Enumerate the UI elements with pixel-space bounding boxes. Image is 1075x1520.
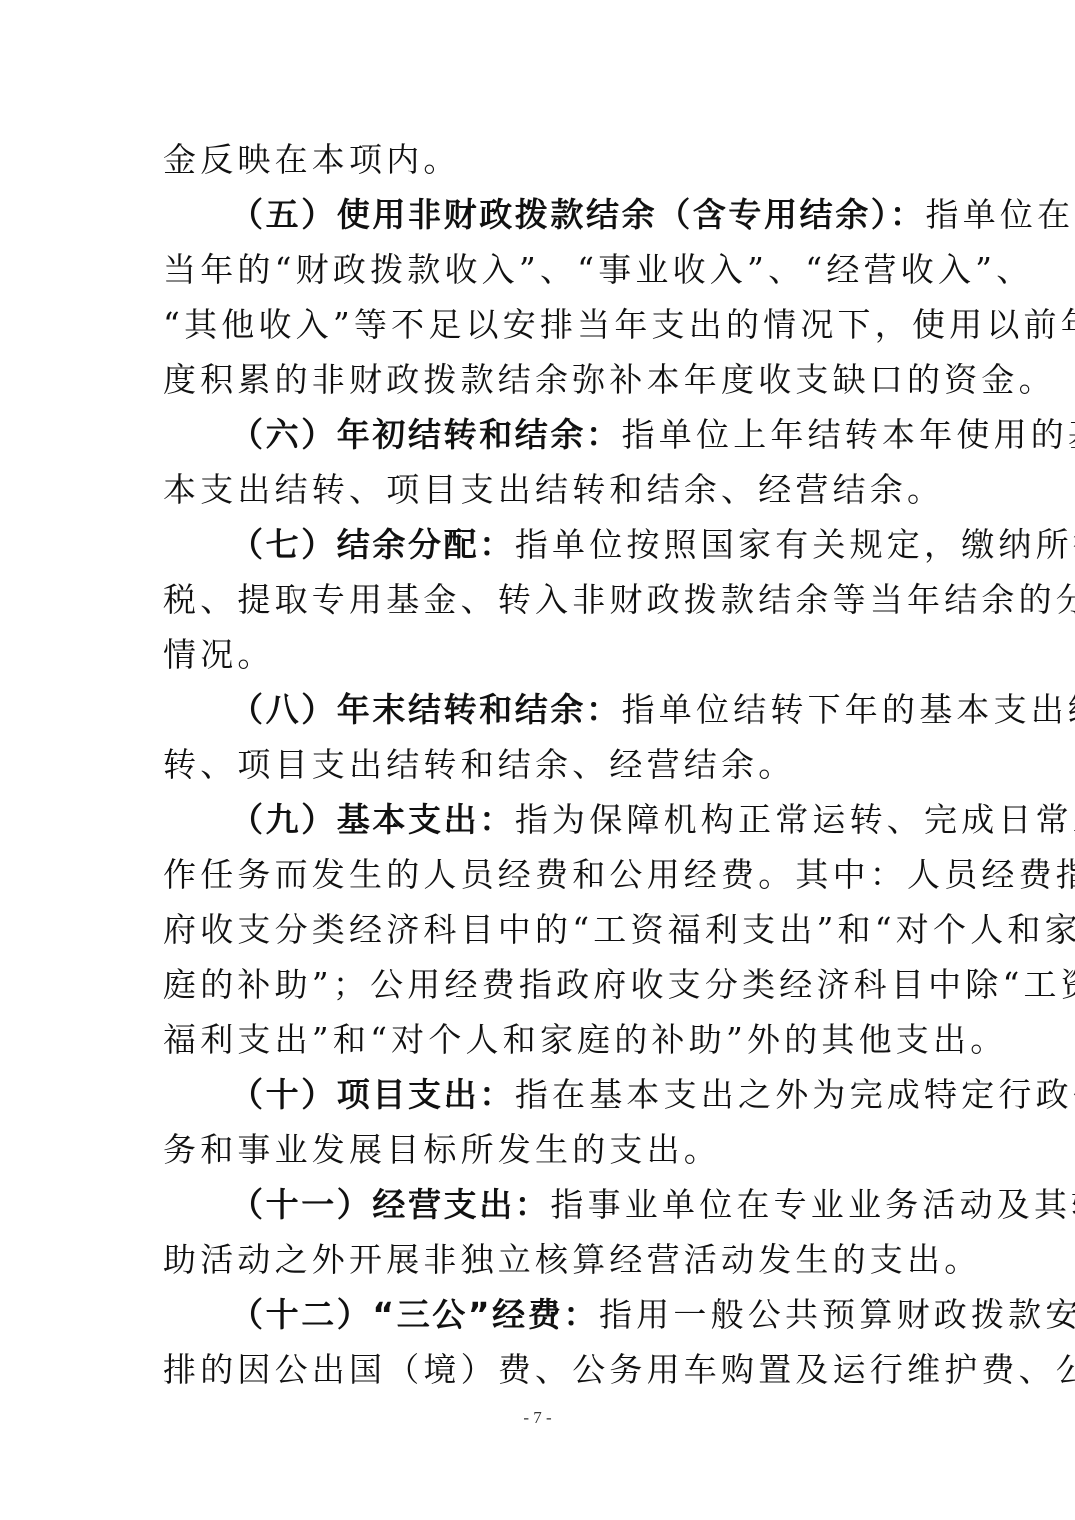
body-text: 指单位上年结转本年使用的基 [622,415,1075,454]
text-line: 本支出结转、项目支出结转和结余、经营结余。 [163,470,913,510]
body-text: 指单位结转下年的基本支出结 [622,690,1075,729]
text-line: 助活动之外开展非独立核算经营活动发生的支出。 [163,1240,913,1280]
body-text: “其他收入”等不足以安排当年支出的情况下，使用以前年 [163,305,1075,344]
section-term-9: （九）基本支出： [230,800,515,839]
body-text: 金反映在本项内。 [163,140,461,179]
section-term-11: （十一）经营支出： [230,1185,550,1224]
body-text: 情况。 [163,635,275,674]
body-text: 指在基本支出之外为完成特定行政任 [515,1075,1075,1114]
text-line: 排的因公出国（境）费、公务用车购置及运行维护费、公务 [163,1350,913,1390]
body-text: 作任务而发生的人员经费和公用经费。其中：人员经费指政 [163,855,1075,894]
section-term-8: （八）年末结转和结余： [230,690,622,729]
section-heading-line: （五）使用非财政拨款结余（含专用结余）：指单位在 [230,195,913,235]
body-text: 税、提取专用基金、转入非财政拨款结余等当年结余的分配 [163,580,1075,619]
body-text: 指用一般公共预算财政拨款安 [599,1295,1075,1334]
section-term-5: （五）使用非财政拨款结余（含专用结余）： [230,195,926,234]
body-text: 转、项目支出结转和结余、经营结余。 [163,745,795,784]
body-text: 福利支出”和“对个人和家庭的补助”外的其他支出。 [163,1020,1007,1059]
text-line: 作任务而发生的人员经费和公用经费。其中：人员经费指政 [163,855,913,895]
section-term-12: （十二）“三公”经费： [230,1295,599,1334]
section-heading-line: （十）项目支出：指在基本支出之外为完成特定行政任 [230,1075,913,1115]
text-line: 情况。 [163,635,913,675]
text-line: 庭的补助”；公用经费指政府收支分类经济科目中除“工资 [163,965,913,1005]
section-heading-line: （十一）经营支出：指事业单位在专业业务活动及其辅 [230,1185,913,1225]
body-text: 庭的补助”；公用经费指政府收支分类经济科目中除“工资 [163,965,1075,1004]
section-heading-line: （十二）“三公”经费：指用一般公共预算财政拨款安 [230,1295,913,1335]
body-text: 助活动之外开展非独立核算经营活动发生的支出。 [163,1240,981,1279]
body-text: 当年的“财政拨款收入”、“事业收入”、“经营收入”、 [163,250,1033,289]
body-text: 府收支分类经济科目中的“工资福利支出”和“对个人和家 [163,910,1075,949]
text-line: 务和事业发展目标所发生的支出。 [163,1130,913,1170]
body-text: 本支出结转、项目支出结转和结余、经营结余。 [163,470,944,509]
text-line: 当年的“财政拨款收入”、“事业收入”、“经营收入”、 [163,250,913,290]
text-line: “其他收入”等不足以安排当年支出的情况下，使用以前年 [163,305,913,345]
body-text: 指为保障机构正常运转、完成日常工 [515,800,1075,839]
section-heading-line: （八）年末结转和结余：指单位结转下年的基本支出结 [230,690,913,730]
text-line: 转、项目支出结转和结余、经营结余。 [163,745,913,785]
body-text: 务和事业发展目标所发生的支出。 [163,1130,721,1169]
section-term-6: （六）年初结转和结余： [230,415,622,454]
text-line: 税、提取专用基金、转入非财政拨款结余等当年结余的分配 [163,580,913,620]
document-page: 金反映在本项内。 （五）使用非财政拨款结余（含专用结余）：指单位在 当年的“财政… [0,0,1075,1520]
body-text: 排的因公出国（境）费、公务用车购置及运行维护费、公务 [163,1350,1075,1389]
body-text: 指单位在 [926,195,1075,234]
section-term-10: （十）项目支出： [230,1075,515,1114]
section-heading-line: （九）基本支出：指为保障机构正常运转、完成日常工 [230,800,913,840]
body-text: 指单位按照国家有关规定，缴纳所得 [515,525,1075,564]
section-term-7: （七）结余分配： [230,525,515,564]
section-heading-line: （七）结余分配：指单位按照国家有关规定，缴纳所得 [230,525,913,565]
body-text: 指事业单位在专业业务活动及其辅 [550,1185,1075,1224]
text-line: 福利支出”和“对个人和家庭的补助”外的其他支出。 [163,1020,913,1060]
body-text: 度积累的非财政拨款结余弥补本年度收支缺口的资金。 [163,360,1056,399]
section-heading-line: （六）年初结转和结余：指单位上年结转本年使用的基 [230,415,913,455]
text-line: 府收支分类经济科目中的“工资福利支出”和“对个人和家 [163,910,913,950]
text-line: 度积累的非财政拨款结余弥补本年度收支缺口的资金。 [163,360,913,400]
page-number: - 7 - [0,1408,1075,1428]
text-line: 金反映在本项内。 [163,140,913,180]
